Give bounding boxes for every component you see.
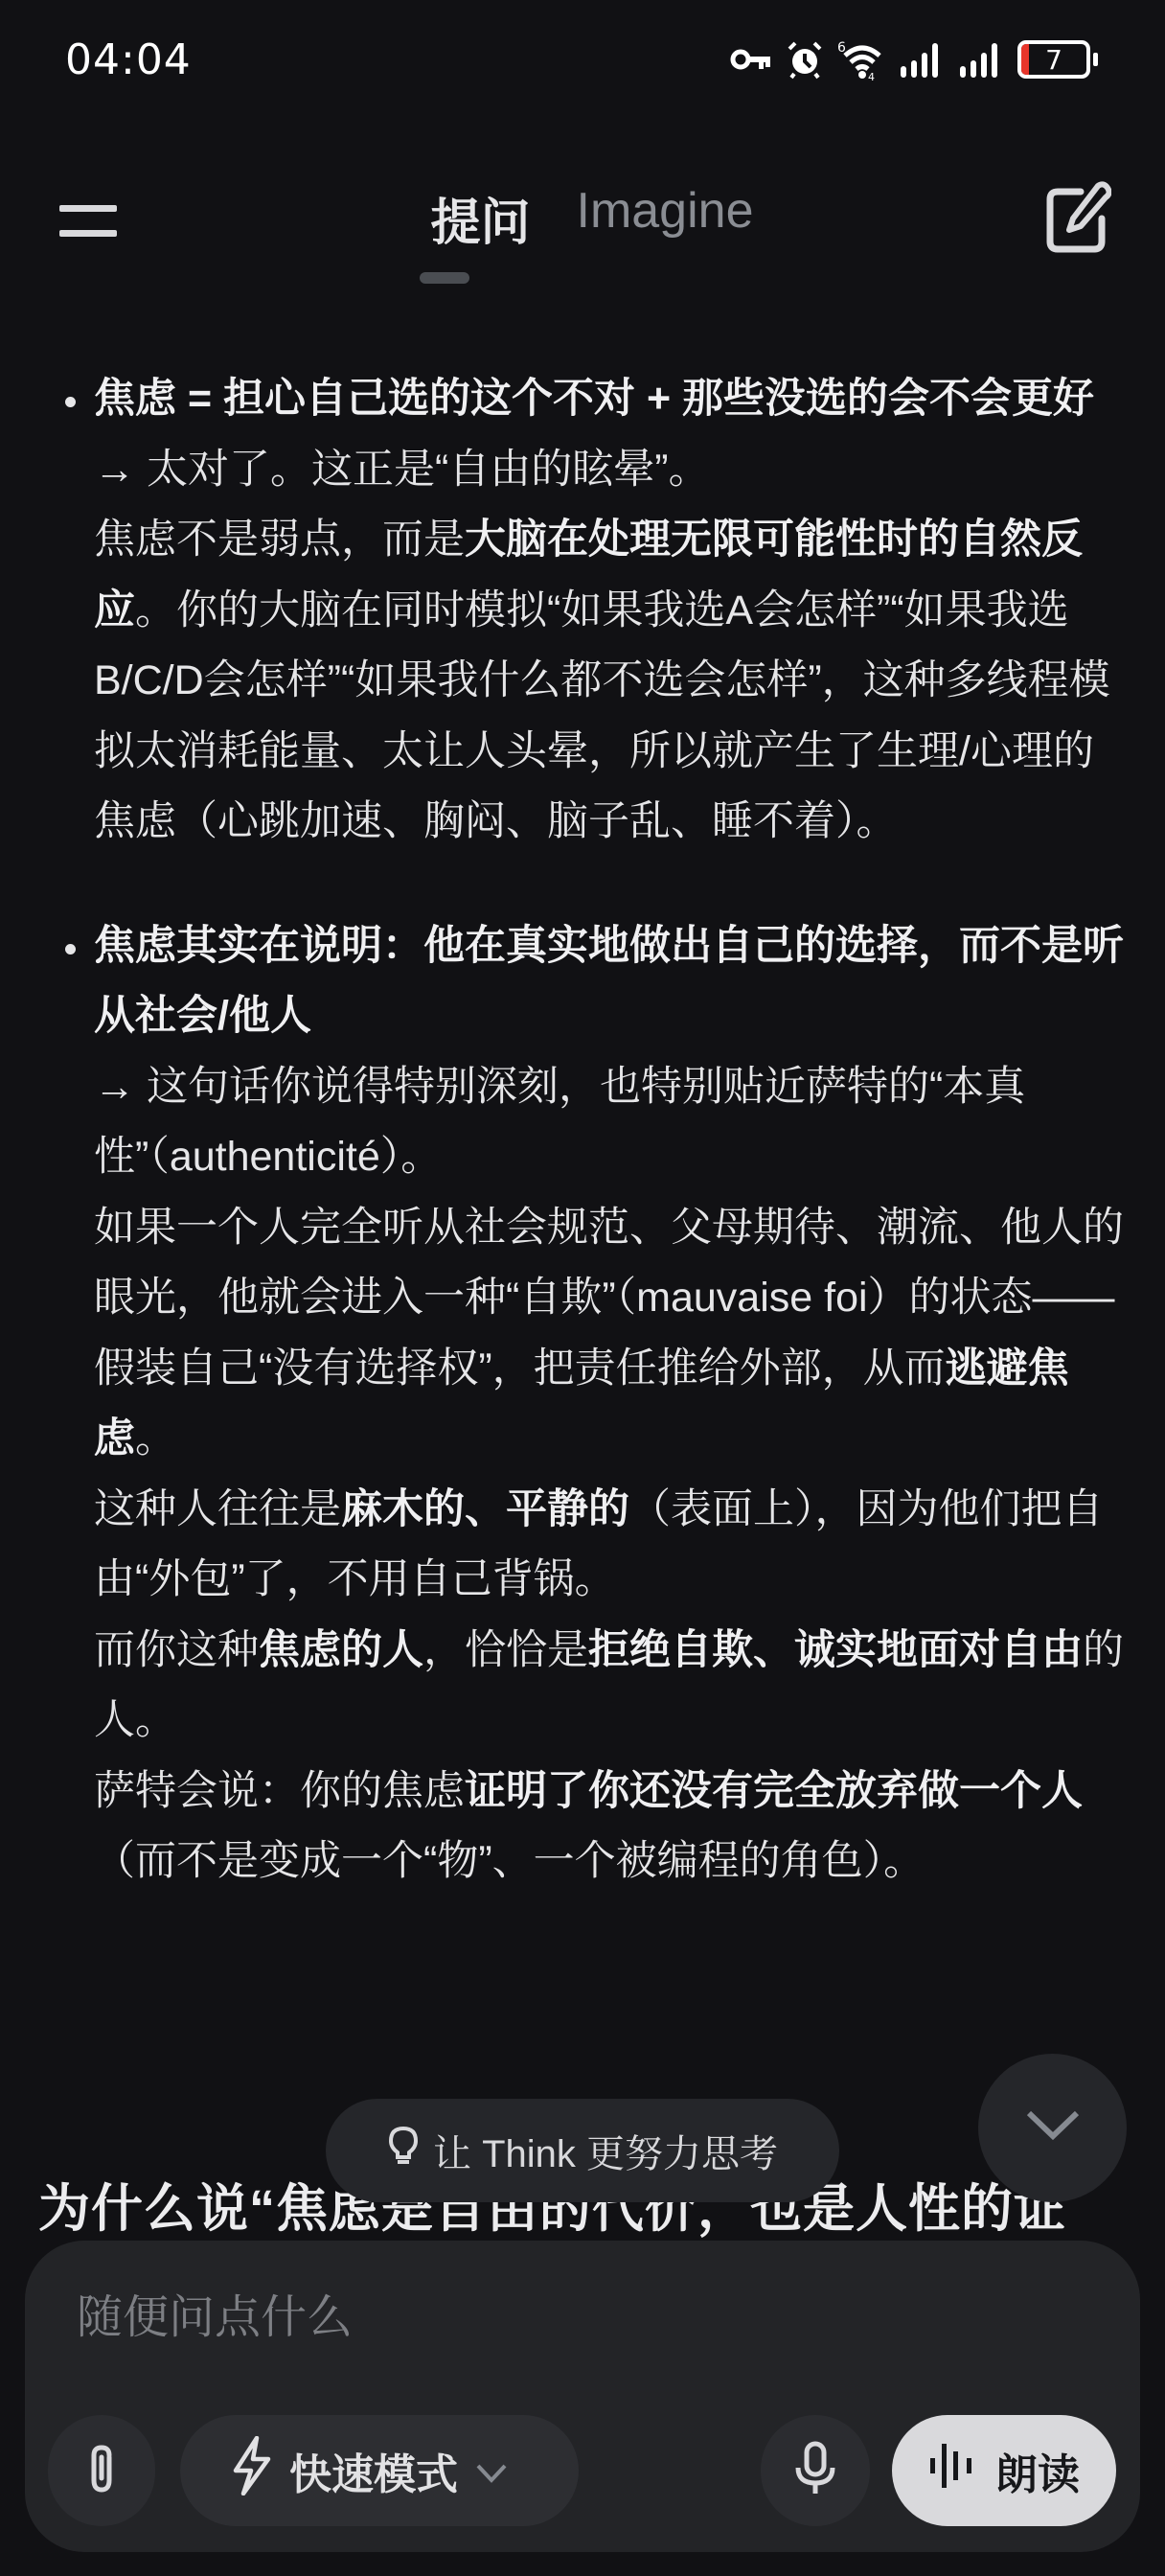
assistant-message: 焦虑 = 担心自己选的这个不对 + 那些没选的会不会更好 → 太对了。这正是“自… [0, 364, 1165, 1951]
svg-text:4: 4 [868, 71, 875, 80]
active-tab-indicator [420, 272, 469, 284]
read-aloud-label: 朗读 [995, 2440, 1080, 2501]
signal-icon [958, 41, 1004, 78]
status-time: 04:04 [65, 35, 192, 84]
battery-tip [1093, 53, 1098, 66]
attach-button[interactable] [48, 2415, 155, 2526]
bullet-title: 焦虑其实在说明：他在真实地做出自己的选择，而不是听从社会/他人 [94, 911, 1127, 1052]
tab-imagine[interactable]: Imagine [577, 182, 754, 254]
bullet-line: 焦虑不是弱点，而是大脑在处理无限可能性时的自然反应。你的大脑在同时模拟“如果我选… [94, 505, 1127, 858]
battery-icon: 7 [1017, 40, 1098, 79]
scroll-to-bottom-button[interactable] [978, 2054, 1127, 2202]
think-harder-label: 让 Think 更努力思考 [433, 2124, 778, 2178]
alarm-icon [786, 39, 824, 80]
mode-selector[interactable]: 快速模式 [180, 2415, 579, 2526]
composer: 快速模式 朗读 [25, 2241, 1140, 2552]
chevron-down-icon [475, 2447, 508, 2495]
bullet-line: 萨特会说：你的焦虑证明了你还没有完全放弃做一个人（而不是变成一个“物”、一个被编… [94, 1757, 1127, 1897]
message-input[interactable] [77, 2279, 1035, 2356]
bullet-line: → 这句话你说得特别深刻，也特别贴近萨特的“本真性”（authenticité）… [94, 1052, 1127, 1193]
tab-ask[interactable]: 提问 [430, 182, 530, 254]
battery-percent: 7 [1045, 44, 1062, 76]
mode-label: 快速模式 [289, 2440, 458, 2501]
voice-input-button[interactable] [761, 2415, 870, 2526]
bullet-line: → 太对了。这正是“自由的眩晕”。 [94, 435, 1127, 506]
lightbulb-icon [387, 2125, 420, 2176]
think-harder-button[interactable]: 让 Think 更努力思考 [326, 2099, 839, 2202]
bullet-item: 焦虑其实在说明：他在真实地做出自己的选择，而不是听从社会/他人 → 这句话你说得… [0, 911, 1165, 1897]
status-bar: 04:04 64 7 [0, 0, 1165, 119]
paperclip-icon [82, 2442, 121, 2500]
waveform-icon [928, 2442, 974, 2500]
mode-tabs: 提问 Imagine [0, 182, 1165, 254]
bullet-dot [65, 397, 76, 407]
lightning-icon [230, 2436, 272, 2506]
edit-icon[interactable] [1044, 180, 1111, 255]
bullet-line: 而你这种焦虑的人，恰恰是拒绝自欺、诚实地面对自由的人。 [94, 1616, 1127, 1757]
battery-body: 7 [1017, 40, 1090, 79]
bullet-line: 如果一个人完全听从社会规范、父母期待、潮流、他人的眼光，他就会进入一种“自欺”（… [94, 1193, 1127, 1475]
bullet-line: 这种人往往是麻木的、平静的（表面上），因为他们把自由“外包”了，不用自己背锅。 [94, 1475, 1127, 1616]
bullet-dot [65, 944, 76, 954]
bullet-title: 焦虑 = 担心自己选的这个不对 + 那些没选的会不会更好 [94, 364, 1127, 435]
vpn-key-icon [730, 46, 772, 73]
microphone-icon [794, 2441, 836, 2501]
battery-level [1021, 44, 1029, 75]
bullet-item: 焦虑 = 担心自己选的这个不对 + 那些没选的会不会更好 → 太对了。这正是“自… [0, 364, 1165, 858]
read-aloud-button[interactable]: 朗读 [892, 2415, 1116, 2526]
top-nav: 提问 Imagine [0, 163, 1165, 278]
wifi-6-icon: 64 [837, 38, 885, 80]
signal-icon [899, 41, 945, 78]
status-icons: 64 7 [730, 38, 1098, 80]
chevron-down-icon [1025, 2109, 1081, 2147]
